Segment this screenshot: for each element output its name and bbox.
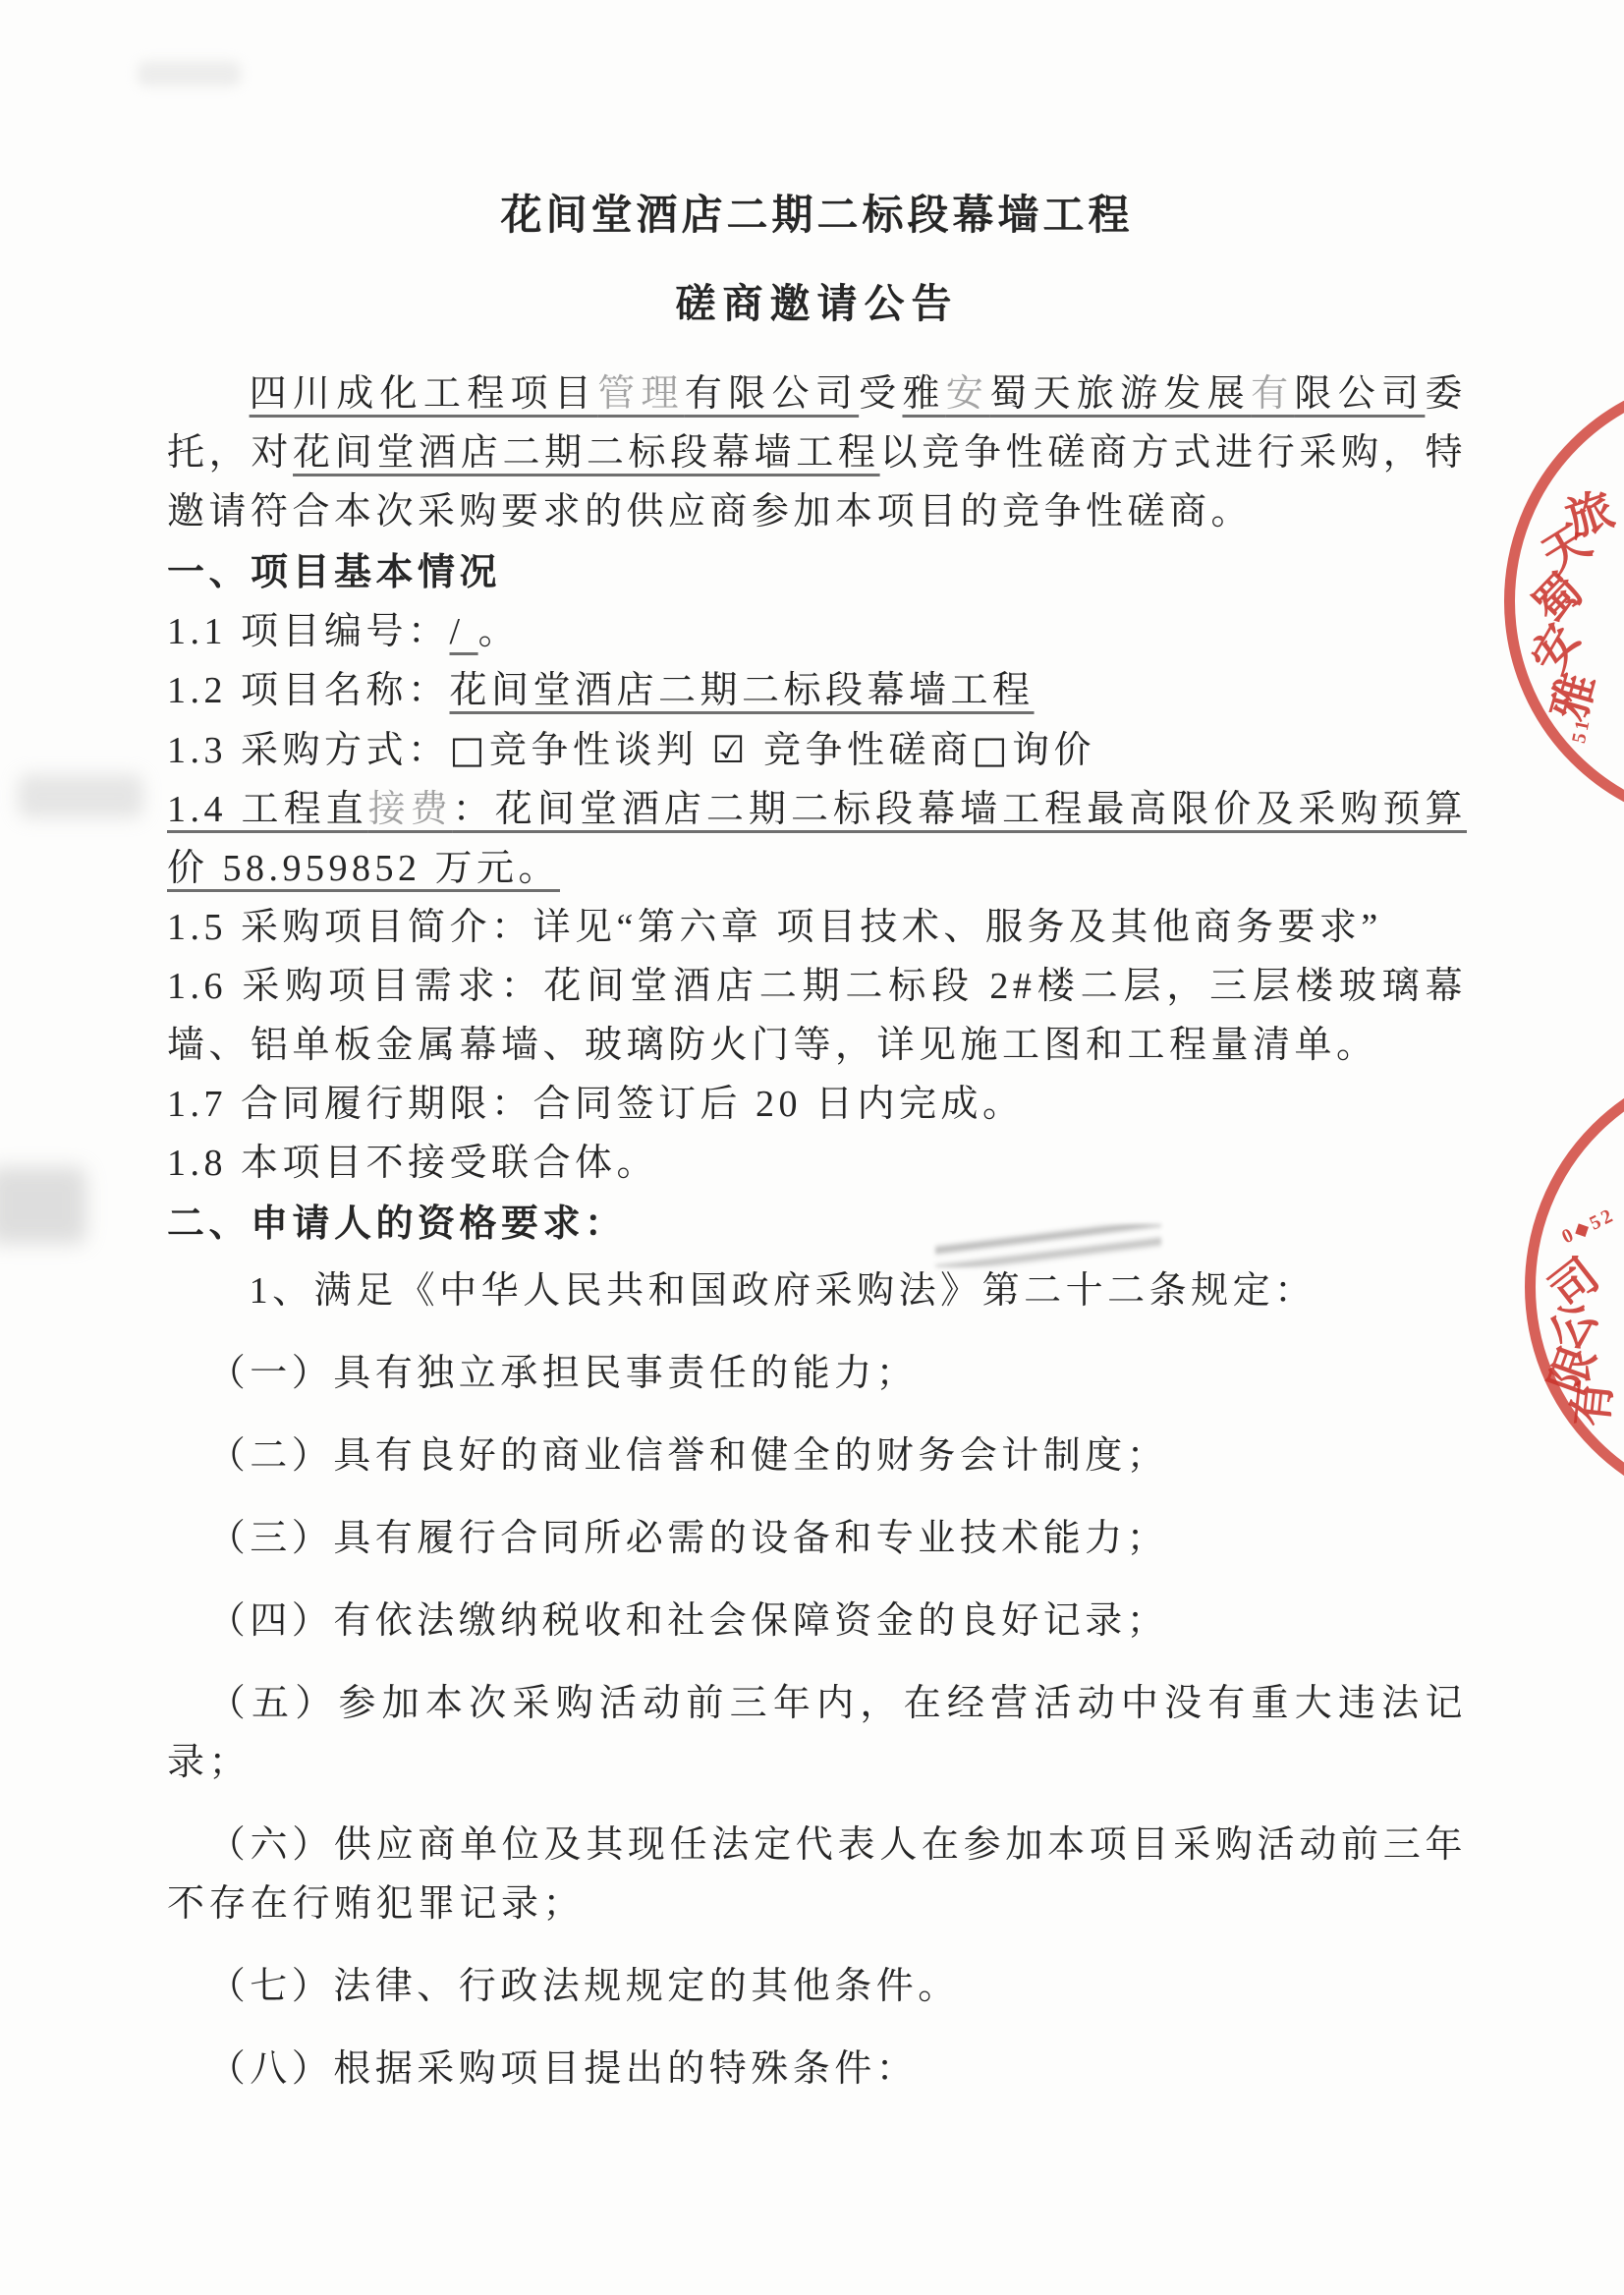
text-run: 1.4 工程直 — [167, 789, 368, 830]
seal-character: 安 — [1512, 606, 1593, 687]
scanned-document-page: 花间堂酒店二期二标段幕墙工程 磋商邀请公告 四川成化工程项目管理有限公司受雅安蜀… — [0, 0, 1624, 2295]
text-run: 雅 — [902, 373, 945, 415]
text-run: 一、项目基本情况 — [167, 552, 501, 593]
document-subtitle: 磋商邀请公告 — [167, 271, 1467, 329]
item-1-5: 1.5 采购项目简介：详见“第六章 项目技术、服务及其他商务要求” — [167, 898, 1467, 957]
text-run: 花间堂酒店二期二标段幕墙工程 — [450, 670, 1035, 711]
scan-smudge — [0, 1167, 86, 1244]
text-run: 1、满足《中华人民共和国政府采购法》第二十二条规定： — [250, 1270, 1316, 1312]
text-run: 受 — [859, 373, 902, 415]
scan-smudge — [138, 61, 241, 86]
requirement-8: （八）根据采购项目提出的特殊条件： — [167, 2040, 1467, 2099]
text-run: （四）有依法缴纳税收和社会保障资金的良好记录； — [208, 1600, 1169, 1642]
document-body: 四川成化工程项目管理有限公司受雅安蜀天旅游发展有限公司委托，对花间堂酒店二期二标… — [167, 364, 1467, 2099]
item-1-4: 1.4 工程直接费：花间堂酒店二期二标段幕墙工程最高限价及采购预算价 58.95… — [167, 780, 1467, 898]
seal-character: 旅 — [1551, 474, 1624, 548]
seal-character: 天 — [1524, 505, 1605, 587]
seal-ring — [1525, 1058, 1624, 1516]
text-run: 有限公司 — [685, 373, 859, 415]
item-1-6: 1.6 采购项目需求：花间堂酒店二期二标段 2#楼二层，三层楼玻璃幕墙、铝单板金… — [167, 957, 1467, 1075]
text-run: 花间堂酒店二期二标段幕墙工程 — [293, 432, 880, 474]
text-run: 有 — [1251, 373, 1294, 415]
checkbox-glyph: ☑ — [711, 728, 750, 771]
text-run: / — [450, 611, 478, 652]
text-run: 四川成化工程项目 — [250, 373, 598, 415]
section-2-heading: 二、申请人的资格要求： — [167, 1195, 1467, 1254]
seal-ring — [1504, 373, 1624, 829]
seal-character: 雅 — [1534, 659, 1606, 732]
item-1-1: 1.1 项目编号：/ 。 — [167, 602, 1467, 661]
company-seal-bottom: 司公限有0◆52 — [1525, 1058, 1624, 1516]
requirement-5: （五）参加本次采购活动前三年内，在经营活动中没有重大违法记录； — [167, 1674, 1467, 1792]
section-1-heading: 一、项目基本情况 — [167, 543, 1467, 602]
requirement-3: （三）具有履行合同所必需的设备和专业技术能力； — [167, 1509, 1467, 1568]
text-run: 管理 — [597, 373, 685, 415]
text-run: （三）具有履行合同所必需的设备和专业技术能力； — [208, 1518, 1169, 1559]
seal-character: 司 — [1531, 1239, 1613, 1321]
text-run: 1.2 项目名称： — [167, 670, 450, 711]
document-content: 花间堂酒店二期二标段幕墙工程 磋商邀请公告 四川成化工程项目管理有限公司受雅安蜀… — [167, 183, 1467, 2099]
requirement-1: （一）具有独立承担民事责任的能力； — [167, 1344, 1467, 1403]
item-1-8: 1.8 本项目不接受联合体。 — [167, 1134, 1467, 1193]
seal-character: 有 — [1556, 1371, 1621, 1435]
text-run: 竞争性磋商 — [750, 730, 973, 771]
item-1-3: 1.3 采购方式：□竞争性谈判 ☑ 竞争性磋商□询价 — [167, 720, 1467, 780]
text-run: 接费 — [368, 789, 453, 830]
intro-paragraph: 四川成化工程项目管理有限公司受雅安蜀天旅游发展有限公司委托，对花间堂酒店二期二标… — [167, 364, 1467, 541]
text-run: 1.1 项目编号： — [167, 611, 450, 652]
item-1-7: 1.7 合同履行期限：合同签订后 20 日内完成。 — [167, 1075, 1467, 1134]
requirement-7: （七）法律、行政法规规定的其他条件。 — [167, 1957, 1467, 2016]
requirement-4: （四）有依法缴纳税收和社会保障资金的良好记录； — [167, 1592, 1467, 1651]
text-run: 1.8 本项目不接受联合体。 — [167, 1143, 658, 1184]
text-run: 二、申请人的资格要求： — [167, 1203, 627, 1245]
text-run: 安 — [946, 373, 989, 415]
text-run: 。 — [478, 611, 521, 652]
text-run: 询价 — [1012, 730, 1095, 771]
scan-smudge — [18, 774, 143, 818]
seal-serial: 51 — [1568, 715, 1596, 745]
company-seal-top: 旅天蜀安雅51 — [1504, 373, 1624, 829]
text-run: 限公司 — [1294, 373, 1425, 415]
document-title: 花间堂酒店二期二标段幕墙工程 — [167, 183, 1467, 242]
text-run: 1.7 合同履行期限：合同签订后 20 日内完成。 — [167, 1084, 1025, 1125]
text-run: 1.3 采购方式： — [167, 730, 450, 771]
checkbox-glyph: □ — [973, 728, 1012, 771]
checkbox-glyph: □ — [450, 728, 489, 771]
text-run: 蜀天旅游发展 — [989, 373, 1251, 415]
requirement-2: （二）具有良好的商业信誉和健全的财务会计制度； — [167, 1427, 1467, 1485]
text-run: （八）根据采购项目提出的特殊条件： — [208, 2048, 919, 2090]
item-1-2: 1.2 项目名称：花间堂酒店二期二标段幕墙工程 — [167, 661, 1467, 720]
seal-serial: 0◆52 — [1557, 1203, 1619, 1250]
seal-character: 公 — [1529, 1282, 1611, 1365]
text-run: （七）法律、行政法规规定的其他条件。 — [208, 1966, 960, 2007]
text-run: （六）供应商单位及其现任法定代表人在参加本项目采购活动前三年不存在行贿犯罪记录； — [167, 1824, 1467, 1925]
text-run: （一）具有独立承担民事责任的能力； — [208, 1353, 919, 1394]
seal-character: 限 — [1532, 1331, 1607, 1407]
text-run: 竞争性谈判 — [489, 730, 712, 771]
text-run: 1.6 采购项目需求：花间堂酒店二期二标段 2#楼二层，三层楼玻璃幕墙、铝单板金… — [167, 966, 1467, 1066]
text-run: （五）参加本次采购活动前三年内，在经营活动中没有重大违法记录； — [167, 1683, 1467, 1783]
item-2-1: 1、满足《中华人民共和国政府采购法》第二十二条规定： — [167, 1261, 1467, 1320]
text-run: （二）具有良好的商业信誉和健全的财务会计制度； — [208, 1435, 1169, 1477]
requirement-6: （六）供应商单位及其现任法定代表人在参加本项目采购活动前三年不存在行贿犯罪记录； — [167, 1816, 1467, 1933]
text-run: 1.5 采购项目简介：详见“第六章 项目技术、服务及其他商务要求” — [167, 907, 1382, 948]
seal-character: 蜀 — [1514, 555, 1597, 639]
